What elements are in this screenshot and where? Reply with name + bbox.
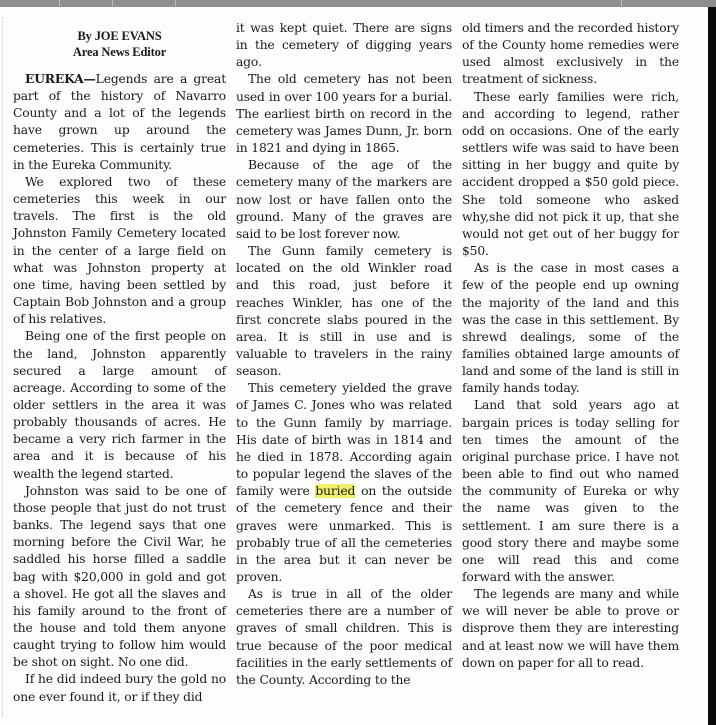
paragraph: This cemetery yielded the grave of James… — [236, 380, 452, 586]
clipping-left-edge — [2, 17, 4, 717]
paragraph: These early families were rich, and acco… — [462, 89, 679, 261]
paragraph: Being one of the first people on the lan… — [13, 328, 226, 482]
newspaper-clipping: By JOE EVANS Area News Editor EUREKA—Leg… — [0, 7, 706, 725]
search-highlight[interactable]: buried — [315, 484, 355, 498]
top-bar-divider — [175, 0, 176, 7]
paragraph: The old cemetery has not been used in ov… — [236, 71, 452, 157]
paragraph: As is true in all of the older cemeterie… — [236, 586, 452, 689]
paragraph: EUREKA—Legends are a great part of the h… — [13, 70, 226, 174]
dateline: EUREKA— — [25, 71, 96, 86]
paragraph: Land that sold years ago at bargain pric… — [462, 397, 679, 586]
byline: By JOE EVANS Area News Editor — [13, 28, 226, 60]
paragraph: As is the case in most cases a few of th… — [462, 260, 679, 397]
paragraph: If he did indeed bury the gold no one ev… — [13, 671, 226, 705]
article-column-3: old timers and the recorded history of t… — [462, 20, 679, 672]
article-column-1: By JOE EVANS Area News Editor EUREKA—Leg… — [13, 7, 226, 706]
paragraph: Johnston was said to be one of those peo… — [13, 483, 226, 672]
byline-title: Area News Editor — [13, 44, 226, 60]
paragraph: The legends are many and while we will n… — [462, 586, 679, 672]
viewer-right-edge — [708, 7, 716, 725]
paragraph: old timers and the recorded history of t… — [462, 20, 679, 89]
paragraph: it was kept quiet. There are signs in th… — [236, 20, 452, 71]
top-bar-divider — [59, 0, 60, 7]
article-column-2: it was kept quiet. There are signs in th… — [236, 20, 452, 689]
paragraph: Because of the age of the cemetery many … — [236, 157, 452, 243]
top-bar-divider — [621, 0, 622, 7]
paragraph: The Gunn family cemetery is located on t… — [236, 243, 452, 380]
paragraph: We explored two of these cemeteries this… — [13, 174, 226, 328]
top-bar-divider — [112, 0, 113, 7]
viewer-top-bar — [0, 0, 716, 7]
byline-author: By JOE EVANS — [13, 28, 226, 44]
